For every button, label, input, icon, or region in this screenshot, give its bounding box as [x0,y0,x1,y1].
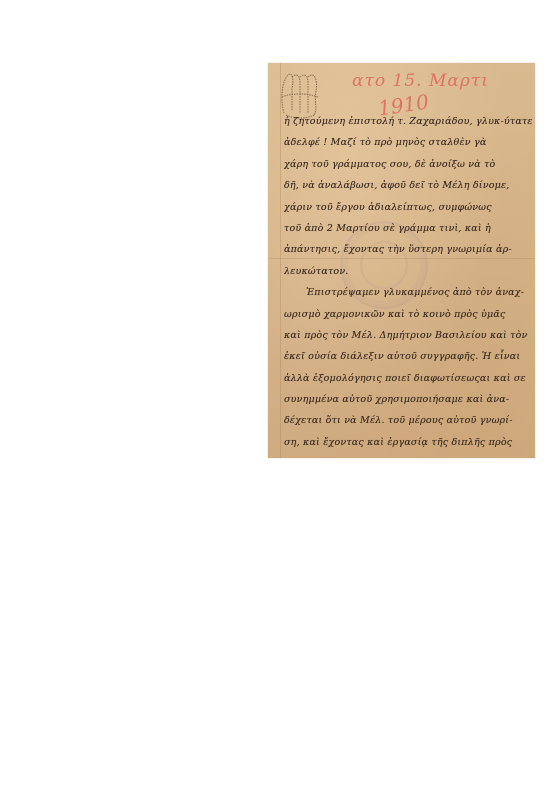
handwritten-line: ση, καὶ ἔχοντας καὶ ἐργασίᾳ τῆς διπλῆς π… [284,432,532,453]
handwritten-line: χάριν τοῦ ἔργου ἀδιαλείπτως, συμφώνως [284,197,532,218]
letter-page: ατο 15. Μαρτι 1910 ἡ ζητούμενη ἐπιστολή … [268,63,535,458]
handwritten-line: ἀλλὰ ἐξομολόγησις ποιεῖ διαφωτίσεωςαι κα… [284,368,532,389]
handwritten-line: ἡ ζητούμενη ἐπιστολή τ. Ζαχαριάδου, γλυκ… [284,111,532,132]
handwritten-line: τοῦ ἀπὸ 2 Μαρτίου σὲ γράμμα τινὶ, καὶ ἡ [284,218,532,239]
margin-rule [280,63,281,458]
handwritten-line: δῆ, νὰ ἀναλάβωσι, ἀφοῦ δεῖ τὸ Μέλη δίνομ… [284,175,532,196]
handwritten-line: συνημμένα αὐτοῦ χρησιμοποιήσαμε καὶ ἀνα- [284,389,532,410]
handwritten-line: χάρη τοῦ γράμματος σου, δὲ ἀνοίξω νὰ τὸ [284,154,532,175]
handwritten-line: ἐκεῖ οὐσία διάλεξιν αὐτοῦ συγγραφῆς. Ἡ ε… [284,346,532,367]
handwritten-line: ωρισμὸ χαρμονικῶν καὶ τὸ κοινὸ πρὸς ὑμᾶς [284,304,532,325]
archive-date-annotation: ατο 15. Μαρτι [352,71,489,91]
handwritten-line: ἀδελφέ ! Μαζί τὸ πρὸ μηνὸς σταλθὲν γὰ [284,132,532,153]
handwritten-line: ἀπάντησις, ἔχοντας τὴν ὕστερη γνωριμία ἀ… [284,239,532,260]
handwritten-line: δέχεται ὅτι νὰ Μέλ. τοῦ μέρους αὐτοῦ γνω… [284,410,532,431]
handwritten-line: λευκώτατον. [284,261,532,282]
handwritten-line: καὶ πρὸς τὸν Μέλ. Δημήτριον Βασιλείου κα… [284,325,532,346]
letter-body: ἡ ζητούμενη ἐπιστολή τ. Ζαχαριάδου, γλυκ… [284,111,532,453]
handwritten-paragraph-start: Ἐπιστρέψαμεν γλυκαμμένος ἀπὸ τὸν ἀναχ- [284,282,532,303]
